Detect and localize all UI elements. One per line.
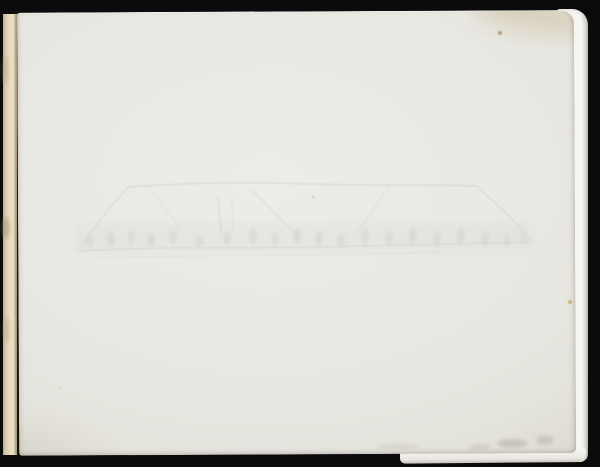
dirt-smudge: [376, 444, 420, 449]
binding-stain: [2, 55, 9, 85]
sketchbook-page: [17, 10, 576, 456]
photo-backdrop: [0, 0, 600, 467]
binding-stain: [2, 217, 10, 239]
binding-stain: [3, 317, 10, 343]
dirt-smudge: [469, 444, 491, 450]
dirt-smudge: [497, 439, 527, 448]
dirt-smudge: [536, 435, 554, 445]
